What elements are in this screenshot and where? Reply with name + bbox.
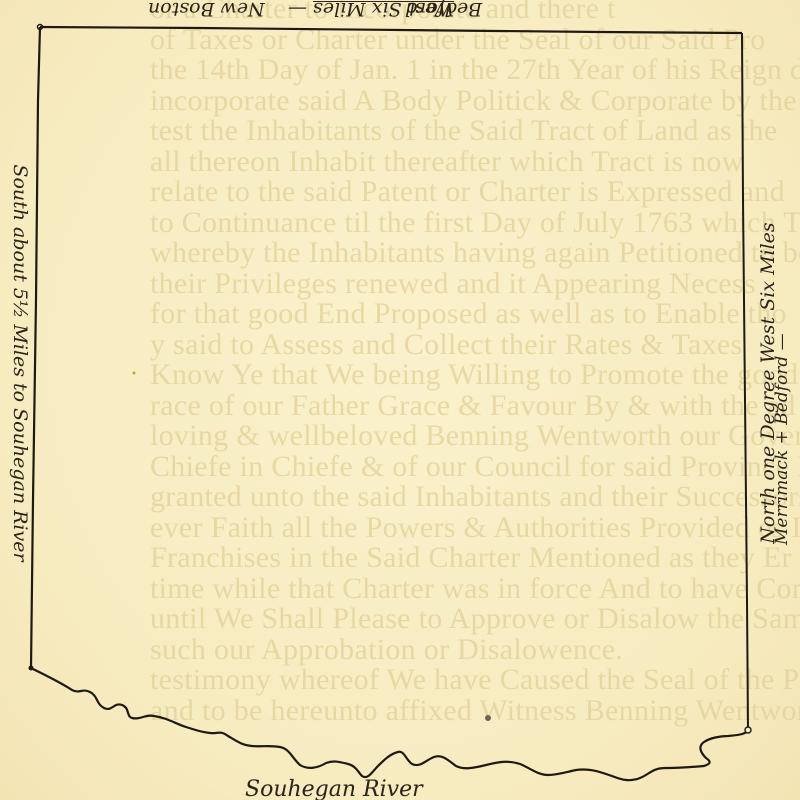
boundary-river-edge (31, 668, 748, 780)
label-west-six-miles: West Six Miles — (288, 0, 454, 20)
boundary-right-edge (742, 33, 748, 730)
label-dash: — (288, 0, 307, 20)
label-merrimack-bedford: Merrimack + Bedford — (772, 145, 792, 545)
label-new-boston: New Boston (148, 0, 265, 20)
interior-dot (485, 715, 491, 721)
label-souhegan-river: Souhegan River (245, 777, 423, 800)
label-west-six-miles-text: West Six Miles (313, 0, 454, 20)
township-boundary-map (0, 0, 800, 800)
boundary-left-edge (31, 27, 40, 668)
document-page: or a Charter to Incorporate and there t … (0, 0, 800, 800)
corner-marker-se (745, 727, 751, 733)
speck (133, 372, 136, 375)
corner-marker-sw (29, 666, 34, 671)
label-south-to-souhegan: South about 5½ Miles to Souhegan River (9, 113, 31, 613)
boundary-top-edge (40, 27, 742, 33)
